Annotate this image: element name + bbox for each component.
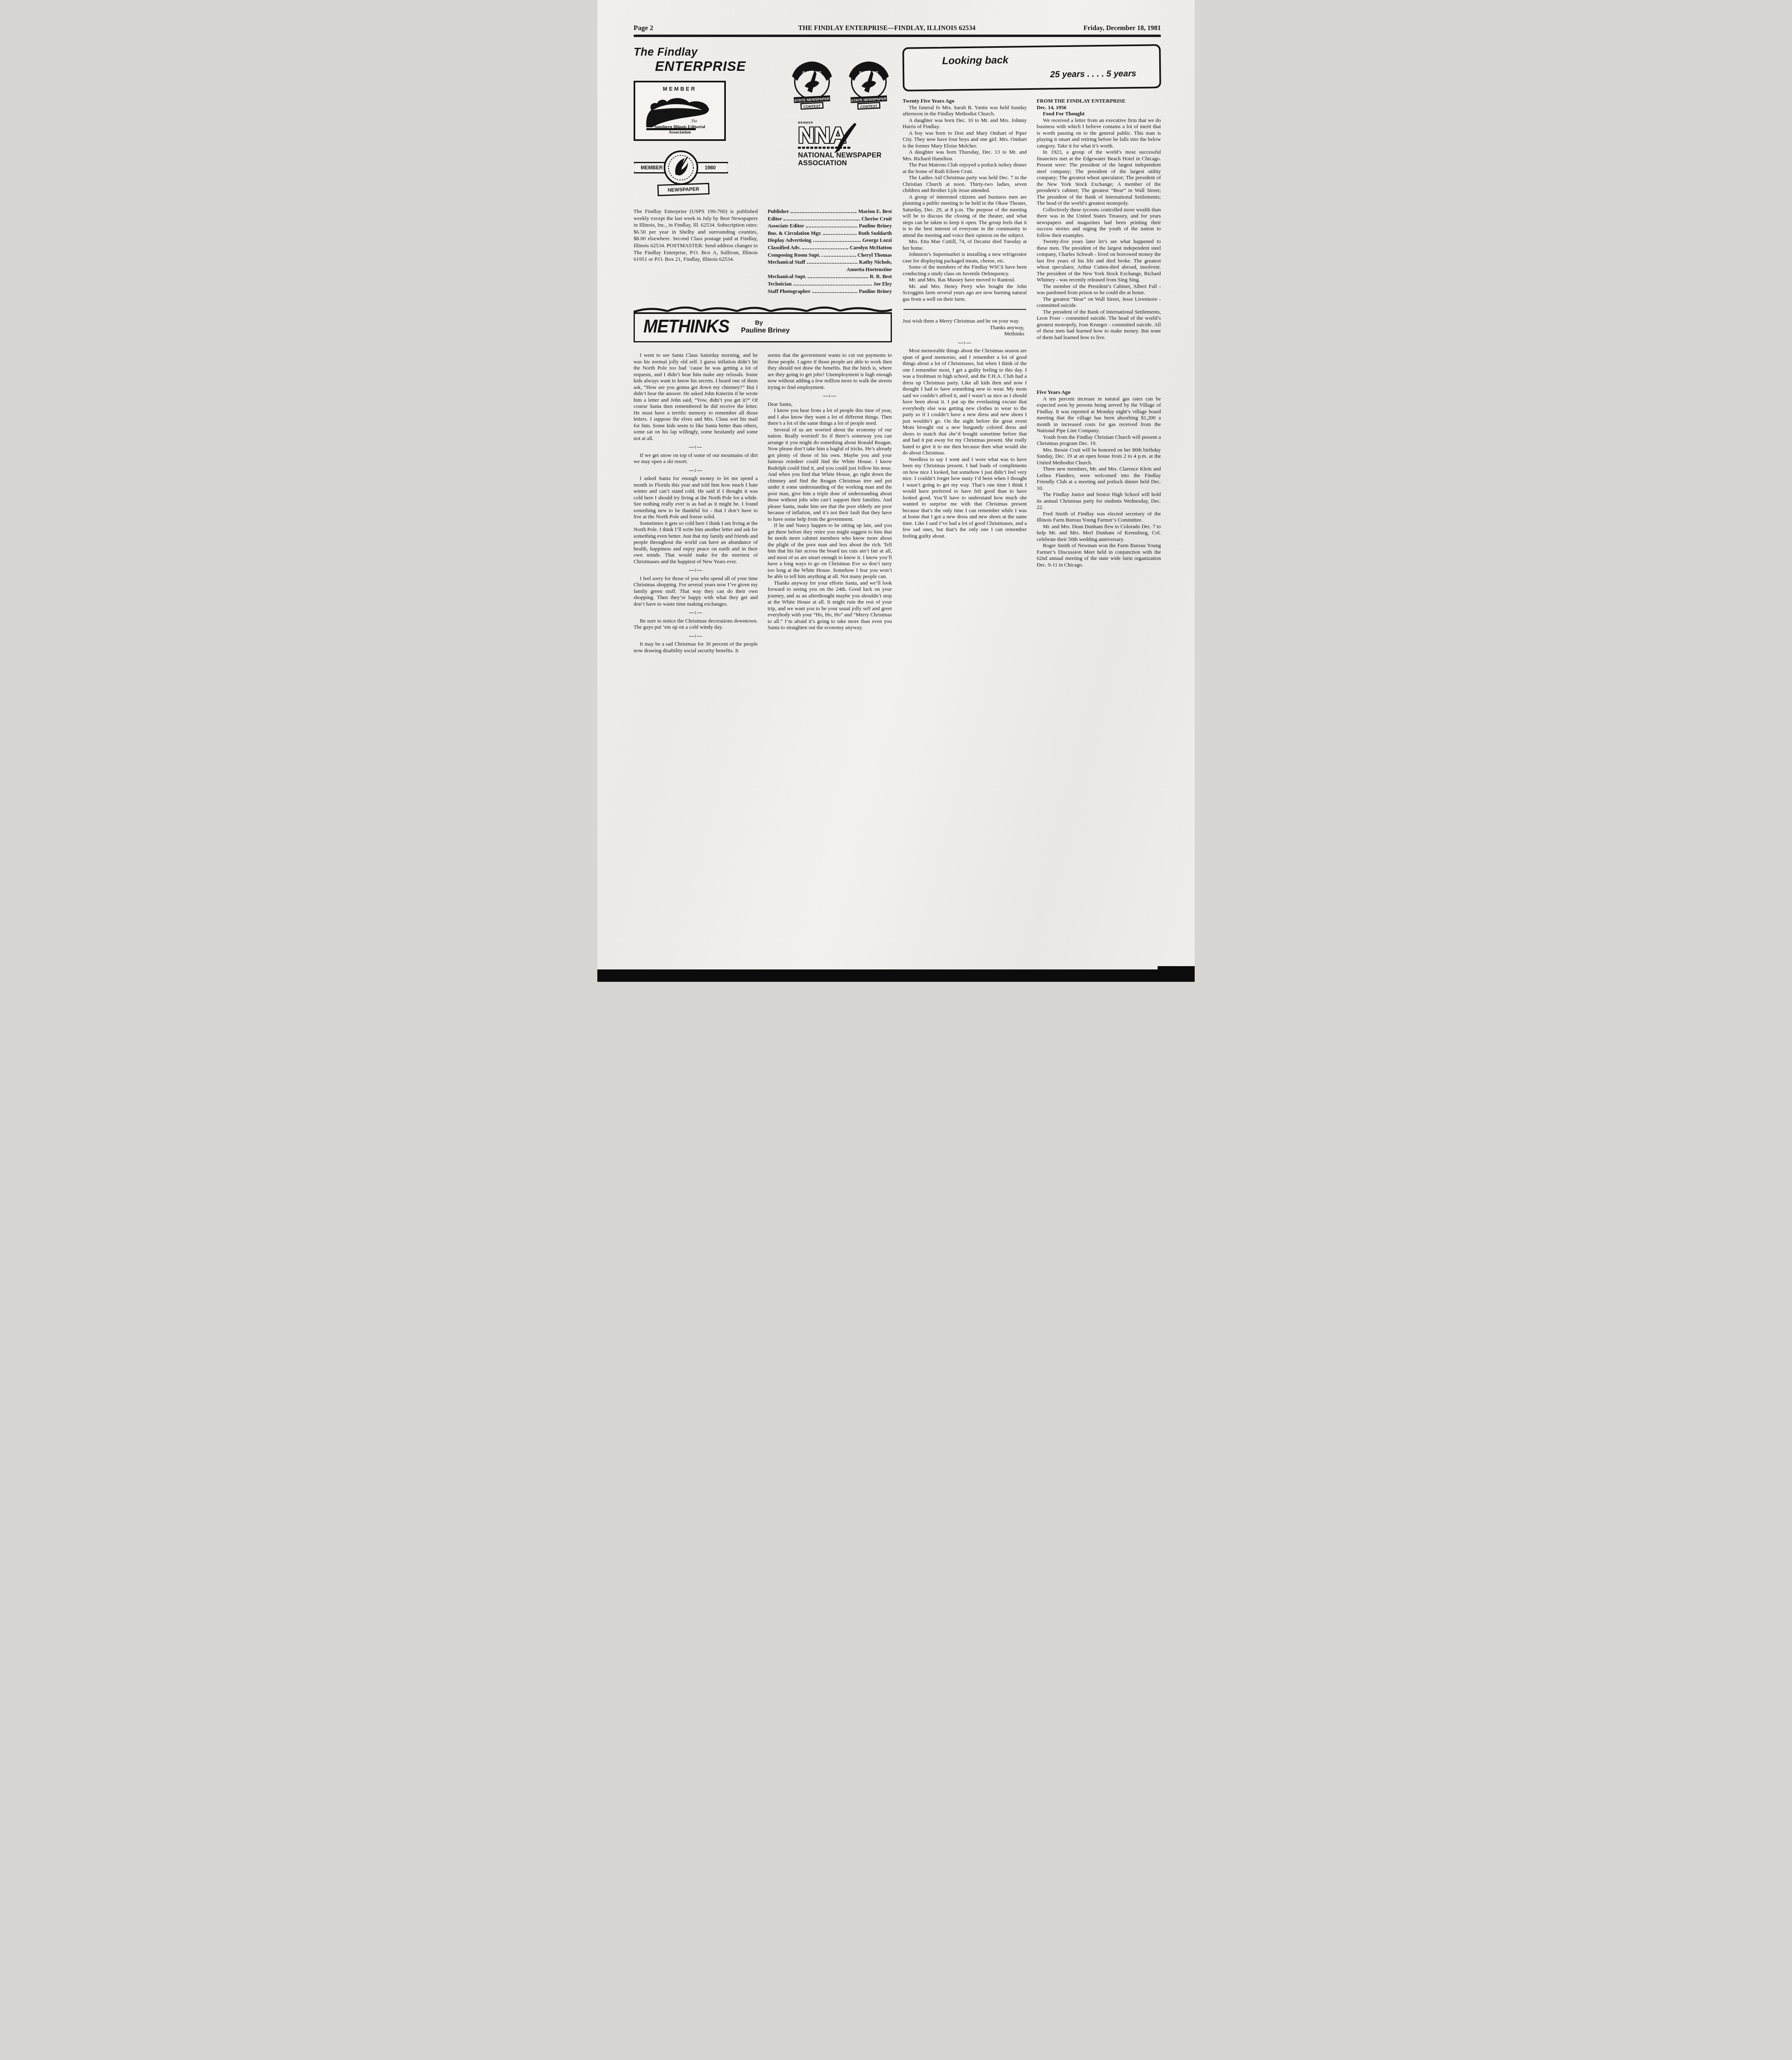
article-paragraph: Most memorable things about the Christma… [903, 348, 1027, 456]
masthead-left: The Findlay ENTERPRISE MEMBER The Southe… [634, 46, 774, 197]
publisher-row: The Findlay Enterprise (USPS 190-760) is… [634, 208, 892, 295]
nna-logo: NNA [798, 124, 860, 146]
article-paragraph: A group of interested citizens and busin… [903, 194, 1027, 239]
looking-back-header-box: Looking back 25 years . . . . 5 years [902, 44, 1161, 91]
twenty-five-years-column: Twenty Five Years AgoThe funeral fo Mrs.… [903, 98, 1027, 539]
article-paragraph: The member of the President’s Cabinet, A… [1037, 283, 1161, 296]
section-divider: —:— [634, 567, 758, 574]
publisher-statement: The Findlay Enterprise (USPS 190-760) is… [634, 208, 758, 295]
page-number: Page 2 [634, 24, 720, 32]
staff-row: PublisherMarion E. Best [768, 208, 892, 215]
section-divider: —:— [634, 633, 758, 639]
article-paragraph: Some of the members of the Findlay WSCS … [903, 264, 1027, 277]
article-paragraph: Roger Smith of Newman won the Farm Burea… [1037, 543, 1161, 568]
staff-row: Associate EditorPauline Briney [768, 222, 892, 230]
staff-row: Staff PhotographerPauline Briney [768, 288, 892, 295]
article-paragraph: Mrs. Bessie Cruit will be honored on her… [1037, 447, 1161, 466]
article-paragraph: We received a letter from an executive f… [1037, 117, 1161, 150]
member-label: MEMBER [639, 86, 721, 92]
siea-name-line1: Southern Illinois Editorial [654, 124, 705, 129]
article-paragraph: Needless to say I went and I wore what w… [903, 456, 1027, 540]
article-paragraph: Just wish them a Merry Christmas and be … [903, 318, 1027, 325]
column-gap [1037, 341, 1161, 389]
article-paragraph: Three new members, Mr. and Mrs. Clarence… [1037, 466, 1161, 492]
masthead: The Findlay ENTERPRISE MEMBER The Southe… [634, 46, 892, 197]
illinois-contest-medal-icon: ILLINOIS STATE NEWSPAPER CONTEST [846, 57, 892, 111]
article-paragraph: Mr. and Mrs. Henry Perry who bought the … [903, 283, 1027, 303]
member-1980-ribbon: MEMBER 1980 [634, 150, 728, 185]
looking-back-subtitle: 25 years . . . . 5 years [915, 69, 1136, 82]
article-paragraph: I feel sorry for those of you who spend … [634, 576, 758, 608]
byline-name: Pauline Briney [741, 327, 790, 334]
svg-text:ILLINOIS: ILLINOIS [802, 71, 821, 76]
article-paragraph: The Findlay Junior and Senior High Schoo… [1037, 492, 1161, 511]
methinks-header-box: METHINKS By Pauline Briney [634, 312, 892, 342]
siea-member-box: MEMBER The Southern Illinois Editorial A… [634, 81, 726, 141]
article-paragraph: I went to see Santa Claus Saturday morni… [634, 352, 758, 442]
methinks-title: METHINKS [643, 316, 729, 337]
issue-date: Friday, December 18, 1981 [1054, 24, 1161, 32]
article-paragraph: Several of us are worried about the econ… [768, 427, 892, 523]
article-paragraph: Sometimes it gets so cold here I think I… [634, 520, 758, 565]
article-heading: Dec. 14, 1956 [1037, 105, 1161, 111]
staff-row-continuation: Annetta Hortenstine [768, 266, 892, 274]
looking-back-title: Looking back [942, 53, 1149, 67]
article-paragraph: A ten percent increase in natural gas ra… [1037, 396, 1161, 434]
siea-the: The [667, 119, 721, 124]
article-paragraph: I know you hear from a lot of people thi… [768, 407, 892, 427]
ribbon-year-wing: 1980 [695, 162, 728, 173]
article-heading: Twenty Five Years Ago [903, 98, 1027, 105]
article-paragraph: Mrs. Etta Mae Cuttill, 74, of Decatur di… [903, 239, 1027, 251]
staff-row: Display AdvertisingGeorge Lozzi [768, 237, 892, 244]
staff-row: Bus. & Circulation Mgr.Ruth Suddarth [768, 230, 892, 237]
ribbon-year-label: 1980 [705, 165, 716, 171]
staff-row: EditorCherise Cruit [768, 215, 892, 223]
newspaper-page: Page 2 THE FINDLAY ENTERPRISE—FINDLAY, I… [597, 0, 1195, 982]
article-paragraph: A daughter was born Thursday, Dec. 13 to… [903, 149, 1027, 162]
section-divider: —:— [634, 467, 758, 474]
section-divider: —:— [634, 444, 758, 450]
article-heading: FROM THE FINDLAY ENTERPRISE [1037, 98, 1161, 105]
ribbon-member-label: MEMBER [641, 165, 662, 171]
section-divider: —:— [634, 609, 758, 616]
staff-list: PublisherMarion E. BestEditorCherise Cru… [768, 208, 892, 295]
header-rule [634, 35, 1161, 37]
section-divider: —:— [903, 339, 1027, 346]
looking-back-section: Looking back 25 years . . . . 5 years Tw… [903, 46, 1161, 568]
article-paragraph: seems that the government wants to cut o… [768, 352, 892, 391]
article-paragraph: The Ladies Aid Christmas party was held … [903, 175, 1027, 194]
ribbon-member-wing: MEMBER [634, 162, 667, 173]
staff-row: Mechanical StaffKathy Nichols, [768, 259, 892, 266]
nna-quill-icon [831, 122, 857, 154]
article-paragraph: Methinks [903, 331, 1027, 337]
article-paragraph: Johnston’s Supermarket is installing a n… [903, 251, 1027, 264]
article-paragraph: A boy was born to Don and Mary Omhart of… [903, 130, 1027, 150]
article-paragraph: Be sure to notice the Christmas decorati… [634, 618, 758, 631]
staff-row: TechnicianJoe Elzy [768, 281, 892, 288]
masthead-line: THE FINDLAY ENTERPRISE—FINDLAY, ILLINOIS… [727, 24, 1047, 32]
article-paragraph: Youth from the Findlay Christian Church … [1037, 434, 1161, 447]
article-paragraph: The greatest “Bear” on Wall Street, Jess… [1037, 296, 1161, 309]
left-section: The Findlay ENTERPRISE MEMBER The Southe… [634, 46, 892, 654]
article-heading: Five Years Ago [1037, 389, 1161, 396]
article-paragraph: A daughter was born Dec. 10 to Mr. and M… [903, 117, 1027, 130]
scan-film-edge [597, 969, 1195, 982]
methinks-columns: I went to see Santa Claus Saturday morni… [634, 352, 892, 654]
staff-row: Classified Adv.Carolyn McHatton [768, 244, 892, 252]
article-heading: Food For Thought [1037, 111, 1161, 117]
newspaper-title-line1: The Findlay [634, 46, 774, 59]
article-paragraph: Collectively these tycoons controlled mo… [1037, 207, 1161, 239]
article-paragraph: Mr. and Mrs. Dean Dunham flew to Colorad… [1037, 524, 1161, 543]
methinks-byline: By Pauline Briney [741, 319, 790, 334]
illinois-contest-medal-icon: ILLINOIS STATE NEWSPAPER CONTEST [789, 57, 835, 111]
press-association-seal-icon [663, 150, 699, 185]
article-paragraph: Fred Smith of Findlay was elected secret… [1037, 511, 1161, 524]
page-content: The Findlay ENTERPRISE MEMBER The Southe… [634, 46, 1161, 654]
newspaper-title: The Findlay ENTERPRISE [634, 46, 774, 74]
staff-row: Mechanical Supt.R. R. Best [768, 273, 892, 281]
newspaper-title-line2: ENTERPRISE [655, 59, 774, 74]
article-paragraph: The Past Matrons Club enjoyed a potluck … [903, 162, 1027, 175]
siea-name-line2: Association [669, 130, 691, 135]
nna-logo-block: MEMBER NNA NATIONAL NEWSPAPER ASSOCIATIO… [781, 122, 892, 167]
looking-back-columns: Twenty Five Years AgoThe funeral fo Mrs.… [903, 98, 1161, 568]
separator-rule [903, 309, 1026, 310]
article-paragraph: Dear Santa, [768, 401, 892, 408]
article-paragraph: I asked Santa for enough money to let me… [634, 475, 758, 520]
nna-name-line2: ASSOCIATION [798, 159, 892, 167]
article-paragraph: Thanks anyway for your efforts Santa, an… [768, 580, 892, 631]
article-paragraph: Thanks anyway, [903, 325, 1027, 331]
page-header: Page 2 THE FINDLAY ENTERPRISE—FINDLAY, I… [634, 24, 1161, 32]
article-paragraph: Twenty-five years later let’s see what h… [1037, 239, 1161, 283]
article-paragraph: The funeral fo Mrs. Sarah B. Yantis was … [903, 105, 1027, 117]
article-paragraph: It may be a sad Christmas for 30 percent… [634, 641, 758, 654]
contest-medallions: ILLINOIS STATE NEWSPAPER CONTEST ILLINOI… [781, 57, 892, 111]
article-paragraph: In 1923, a group of the world’s most suc… [1037, 149, 1161, 207]
article-paragraph: If he and Nancy happen to be sitting up … [768, 522, 892, 580]
svg-text:ILLINOIS: ILLINOIS [859, 71, 878, 76]
methinks-column-2: seems that the government wants to cut o… [768, 352, 892, 631]
section-divider: —:— [768, 393, 892, 399]
methinks-column-1: I went to see Santa Claus Saturday morni… [634, 352, 758, 654]
masthead-right: ILLINOIS STATE NEWSPAPER CONTEST ILLINOI… [781, 46, 892, 197]
staff-row: Composing Room Supt.Cheryl Thomas [768, 252, 892, 259]
article-paragraph: Mr. and Mrs. Ras Massey have moved to Ra… [903, 277, 1027, 283]
article-paragraph: The president of the Bank of Internation… [1037, 309, 1161, 341]
byline-by: By [755, 319, 790, 327]
enterprise-1956-column: FROM THE FINDLAY ENTERPRISEDec. 14, 1956… [1037, 98, 1161, 568]
article-paragraph: If we get snow on top of some of our mou… [634, 452, 758, 465]
